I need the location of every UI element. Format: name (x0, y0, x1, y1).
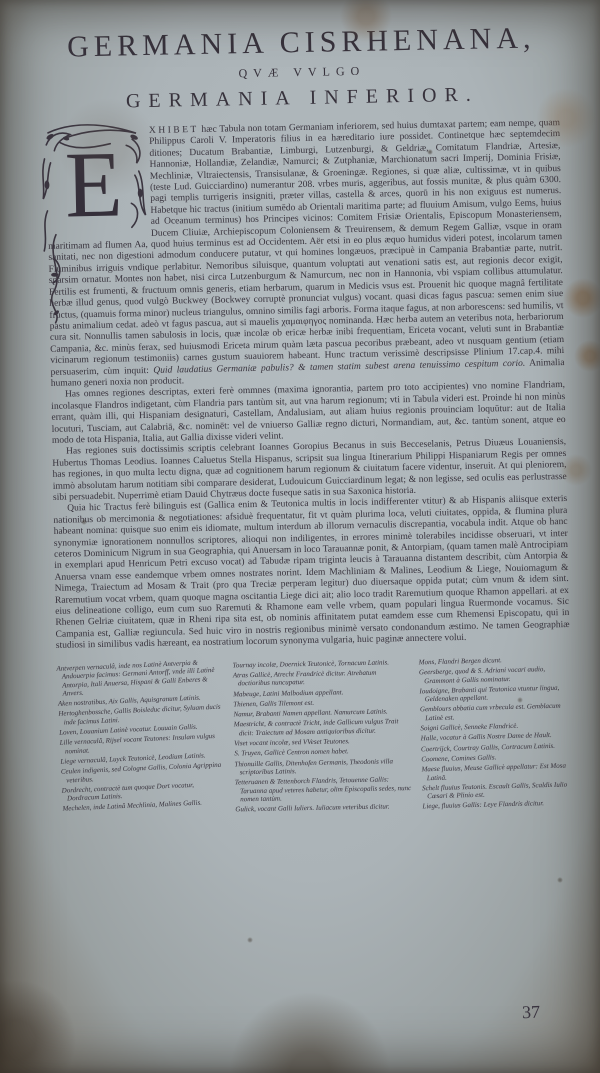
body-paragraph-2: Has omnes regiones descriptas, exteri fe… (51, 380, 566, 447)
glossary-entry: Gulick, vocant Galli Iuliers. Iuliacum v… (235, 802, 412, 814)
glossary-entry: Liege, fluuius Gallis: Leye Flandris dic… (422, 799, 573, 811)
decorated-initial: E (46, 127, 142, 239)
body-paragraph-1: E XHIBET hæc Tabula non totam Germaniam … (46, 118, 565, 390)
glossary-entry: Schelt fluuius Teutonis. Escault Gallis,… (422, 780, 574, 801)
synonym-glossary: Antverpen vernaculâ, inde nos Latinè Ant… (56, 655, 573, 820)
page-subtitle: QVÆ VVLGO (45, 60, 559, 84)
floral-initial-icon: E (40, 123, 150, 325)
glossary-column-middle: Tournay incolæ, Doernick Teutonicè, Torn… (233, 658, 412, 816)
glossary-entry: Antverpen vernaculâ, inde nos Latinè Ant… (56, 657, 224, 697)
glossary-column-right: Mons, Flandri Bergen dicunt.Geersberge, … (418, 654, 573, 813)
glossary-entry: Maestricht, & contractè Tricht, inde Gal… (234, 718, 411, 738)
glossary-entry: Tetteruanen & Tettenborch Flandris, Teto… (235, 775, 412, 803)
lead-word: XHIBET (149, 125, 199, 136)
main-text-block: E XHIBET hæc Tabula non totam Germaniam … (46, 118, 570, 652)
glossary-entry: Atras Gallicè, Atrecht Frandricè dicitur… (233, 668, 410, 688)
glossary-entry: Gemblours abbatia cum vrbecula est. Gemb… (420, 702, 572, 723)
glossary-column-left: Antverpen vernaculâ, inde nos Latinè Ant… (56, 657, 229, 819)
glossary-entry: Maese fluuius, Meuse Gallicè appellatur:… (421, 761, 573, 782)
glossary-entry: Thionuille Gallis, Ditenhofen Germanis, … (234, 757, 411, 777)
page-content: GERMANIA CISRHENANA, QVÆ VVLGO GERMANIA … (44, 21, 573, 819)
body-paragraph-3: Has regiones suis doctissimis scriptis c… (52, 437, 567, 504)
page-title-secondary: GERMANIA INFERIOR. (45, 81, 559, 115)
page-number: 37 (522, 1002, 541, 1024)
glossary-entry: Ioudoigne, Brabanti qui Teutonica vtuntu… (419, 683, 571, 704)
drop-cap-letter: E (64, 132, 123, 237)
body-paragraph-4: Quia hic Tractus ferè bilinguis est (Gal… (53, 494, 570, 652)
glossary-entry: Geersberge, quod & S. Adriani vocari aud… (419, 664, 571, 685)
